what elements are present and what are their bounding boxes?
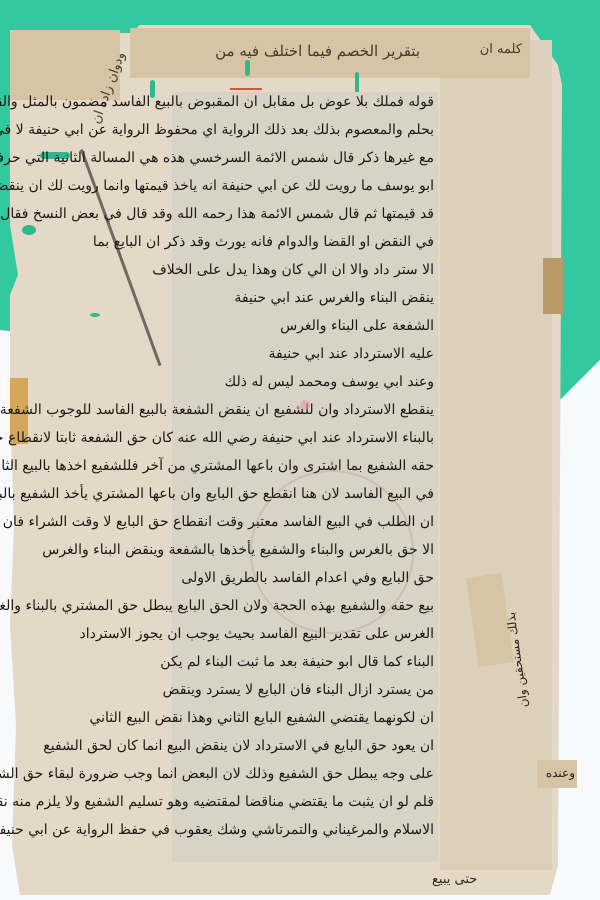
text-line: ينقطع الاسترداد وان للشفيع ان ينقض الشفع…: [0, 400, 434, 420]
text-line: في النقض او القضا والدوام فانه يورث وقد …: [93, 232, 434, 252]
catchword: حتى يبيع: [432, 872, 477, 887]
text-line: عليه الاسترداد عند ابي حنيفة: [268, 344, 434, 364]
text-line: الشفعة على البناء والغرس: [280, 316, 434, 336]
green-paint-drip: [245, 60, 250, 76]
paper-fold-repair: [440, 40, 552, 870]
text-line: قلم لو ان يثبت ما يقتضي مناقضا لمقتضيه و…: [0, 792, 434, 812]
text-line: وعند ابي يوسف ومحمد ليس له ذلك: [225, 372, 434, 392]
margin-slip: وعنده: [537, 760, 577, 788]
text-line: الغرس على تقدير البيع الفاسد بحيث يوجب ا…: [80, 624, 434, 644]
text-line: بالبناء الاسترداد عند ابي حنيفة رضي الله…: [0, 428, 434, 448]
strip-text: كلمه ان: [480, 42, 522, 57]
top-repair-strip-right: كلمه ان: [430, 28, 530, 78]
text-line: مع غيرها ذكر قال شمس الائمة السرخسي هذه …: [0, 148, 434, 168]
top-repair-strip-left: ودوان زاده ان: [10, 30, 120, 100]
text-line: قد قيمتها ثم قال شمس الائمة هذا رحمه الل…: [0, 204, 434, 224]
text-line: البناء كما قال ابو حنيفة بعد ما ثبت البن…: [160, 652, 434, 672]
rubric-overline: [230, 88, 262, 90]
text-line: ابو يوسف ما رويت لك عن ابي حنيفة انه ياخ…: [0, 176, 434, 196]
strip-text: بتقرير الخصم فيما اختلف فيه من: [215, 42, 420, 60]
tape-patch: [543, 258, 563, 314]
text-line: بحلم والمعصوم بذلك بعد ذلك الرواية اي مح…: [0, 120, 434, 140]
text-line: على وجه يبطل حق الشفيع وذلك لان البعض ان…: [0, 764, 434, 784]
water-stain: [250, 470, 414, 634]
green-paint-drip: [90, 313, 100, 317]
text-line: ان لكونهما يقتضي الشفيع البايع الثاني وه…: [89, 708, 434, 728]
text-line: الاسلام والمرغيناني والتمرتاشي وشك يعقوب…: [0, 820, 434, 840]
text-line: حقه الشفيع بما اشترى وان باعها المشتري م…: [0, 456, 434, 476]
text-line: قوله فملك بلا عوض بل مقابل ان المقبوض با…: [0, 92, 434, 112]
top-repair-strip-center: بتقرير الخصم فيما اختلف فيه من: [130, 28, 430, 78]
text-line: الا ستر داد والا ان الي كان وهذا يدل على…: [152, 260, 434, 280]
green-paint-drip: [355, 72, 359, 94]
text-line: ينقض البناء والغرس عند ابي حنيفة: [234, 288, 434, 308]
text-line: من يسترد ازال البناء فان البايع لا يسترد…: [163, 680, 434, 700]
margin-note: وعنده: [546, 766, 575, 780]
pink-stain: [300, 400, 310, 410]
green-paint-drip: [22, 225, 36, 235]
text-line: ان يعود حق البايع في الاسترداد لان ينقض …: [43, 736, 434, 756]
